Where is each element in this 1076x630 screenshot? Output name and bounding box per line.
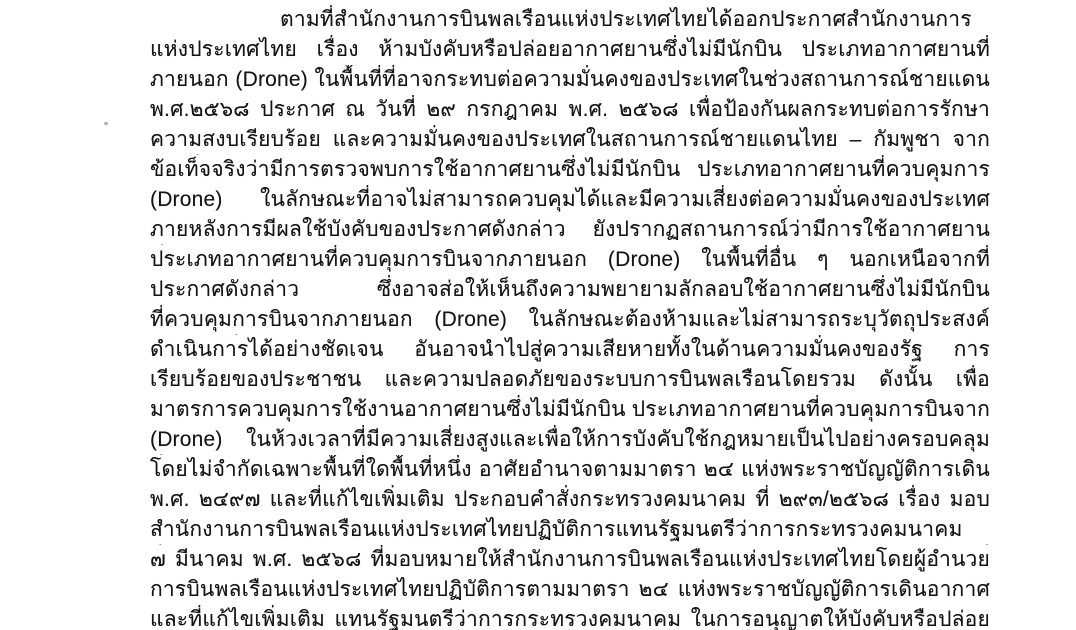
scan-speck: [104, 122, 108, 125]
document-line: การบินพลเรือนแห่งประเทศไทยปฏิบัติการตามม…: [150, 575, 990, 605]
document-line: โดยไม่จำกัดเฉพาะพื้นที่ใดพื้นที่หนึ่ง อา…: [150, 455, 990, 485]
document-line: แห่งประเทศไทย เรื่อง ห้ามบังคับหรือปล่อย…: [150, 35, 990, 65]
document-page: ตามที่สำนักงานการบินพลเรือนแห่งประเทศไทย…: [0, 0, 1076, 630]
document-line: มาตรการควบคุมการใช้งานอากาศยานซึ่งไม่มีน…: [150, 395, 990, 425]
document-line: ที่ควบคุมการบินจากภายนอก (Drone) ในลักษณ…: [150, 305, 990, 335]
document-text-block: ตามที่สำนักงานการบินพลเรือนแห่งประเทศไทย…: [150, 5, 990, 630]
document-line: ความสงบเรียบร้อย และความมั่นคงของประเทศใ…: [150, 125, 990, 155]
document-line: ภายหลังการมีผลใช้บังคับของประกาศดังกล่าว…: [150, 215, 990, 245]
document-line: ภายนอก (Drone) ในพื้นที่ที่อาจกระทบต่อคว…: [150, 65, 990, 95]
document-line: เรียบร้อยของประชาชน และความปลอดภัยของระบ…: [150, 365, 990, 395]
document-line: และที่แก้ไขเพิ่มเติม แทนรัฐมนตรีว่าการกร…: [150, 605, 990, 630]
document-line: ตามที่สำนักงานการบินพลเรือนแห่งประเทศไทย…: [150, 5, 990, 35]
document-line: ๗ มีนาคม พ.ศ. ๒๕๖๘ ที่มอบหมายให้สำนักงาน…: [150, 545, 990, 575]
document-line: ข้อเท็จจริงว่ามีการตรวจพบการใช้อากาศยานซ…: [150, 155, 990, 185]
document-line: (Drone) ในลักษณะที่อาจไม่สามารถควบคุมได้…: [150, 185, 990, 215]
document-line: สำนักงานการบินพลเรือนแห่งประเทศไทยปฏิบัต…: [150, 515, 990, 545]
document-line: ประเภทอากาศยานที่ควบคุมการบินจากภายนอก (…: [150, 245, 990, 275]
document-line: พ.ศ. ๒๔๙๗ และที่แก้ไขเพิ่มเติม ประกอบคำส…: [150, 485, 990, 515]
document-line: ประกาศดังกล่าว ซึ่งอาจส่อให้เห็นถึงความพ…: [150, 275, 990, 305]
document-line: ดำเนินการได้อย่างชัดเจน อันอาจนำไปสู่ควา…: [150, 335, 990, 365]
document-line: พ.ศ.๒๕๖๘ ประกาศ ณ วันที่ ๒๙ กรกฎาคม พ.ศ.…: [150, 95, 990, 125]
document-line: (Drone) ในห้วงเวลาที่มีความเสี่ยงสูงและเ…: [150, 425, 990, 455]
